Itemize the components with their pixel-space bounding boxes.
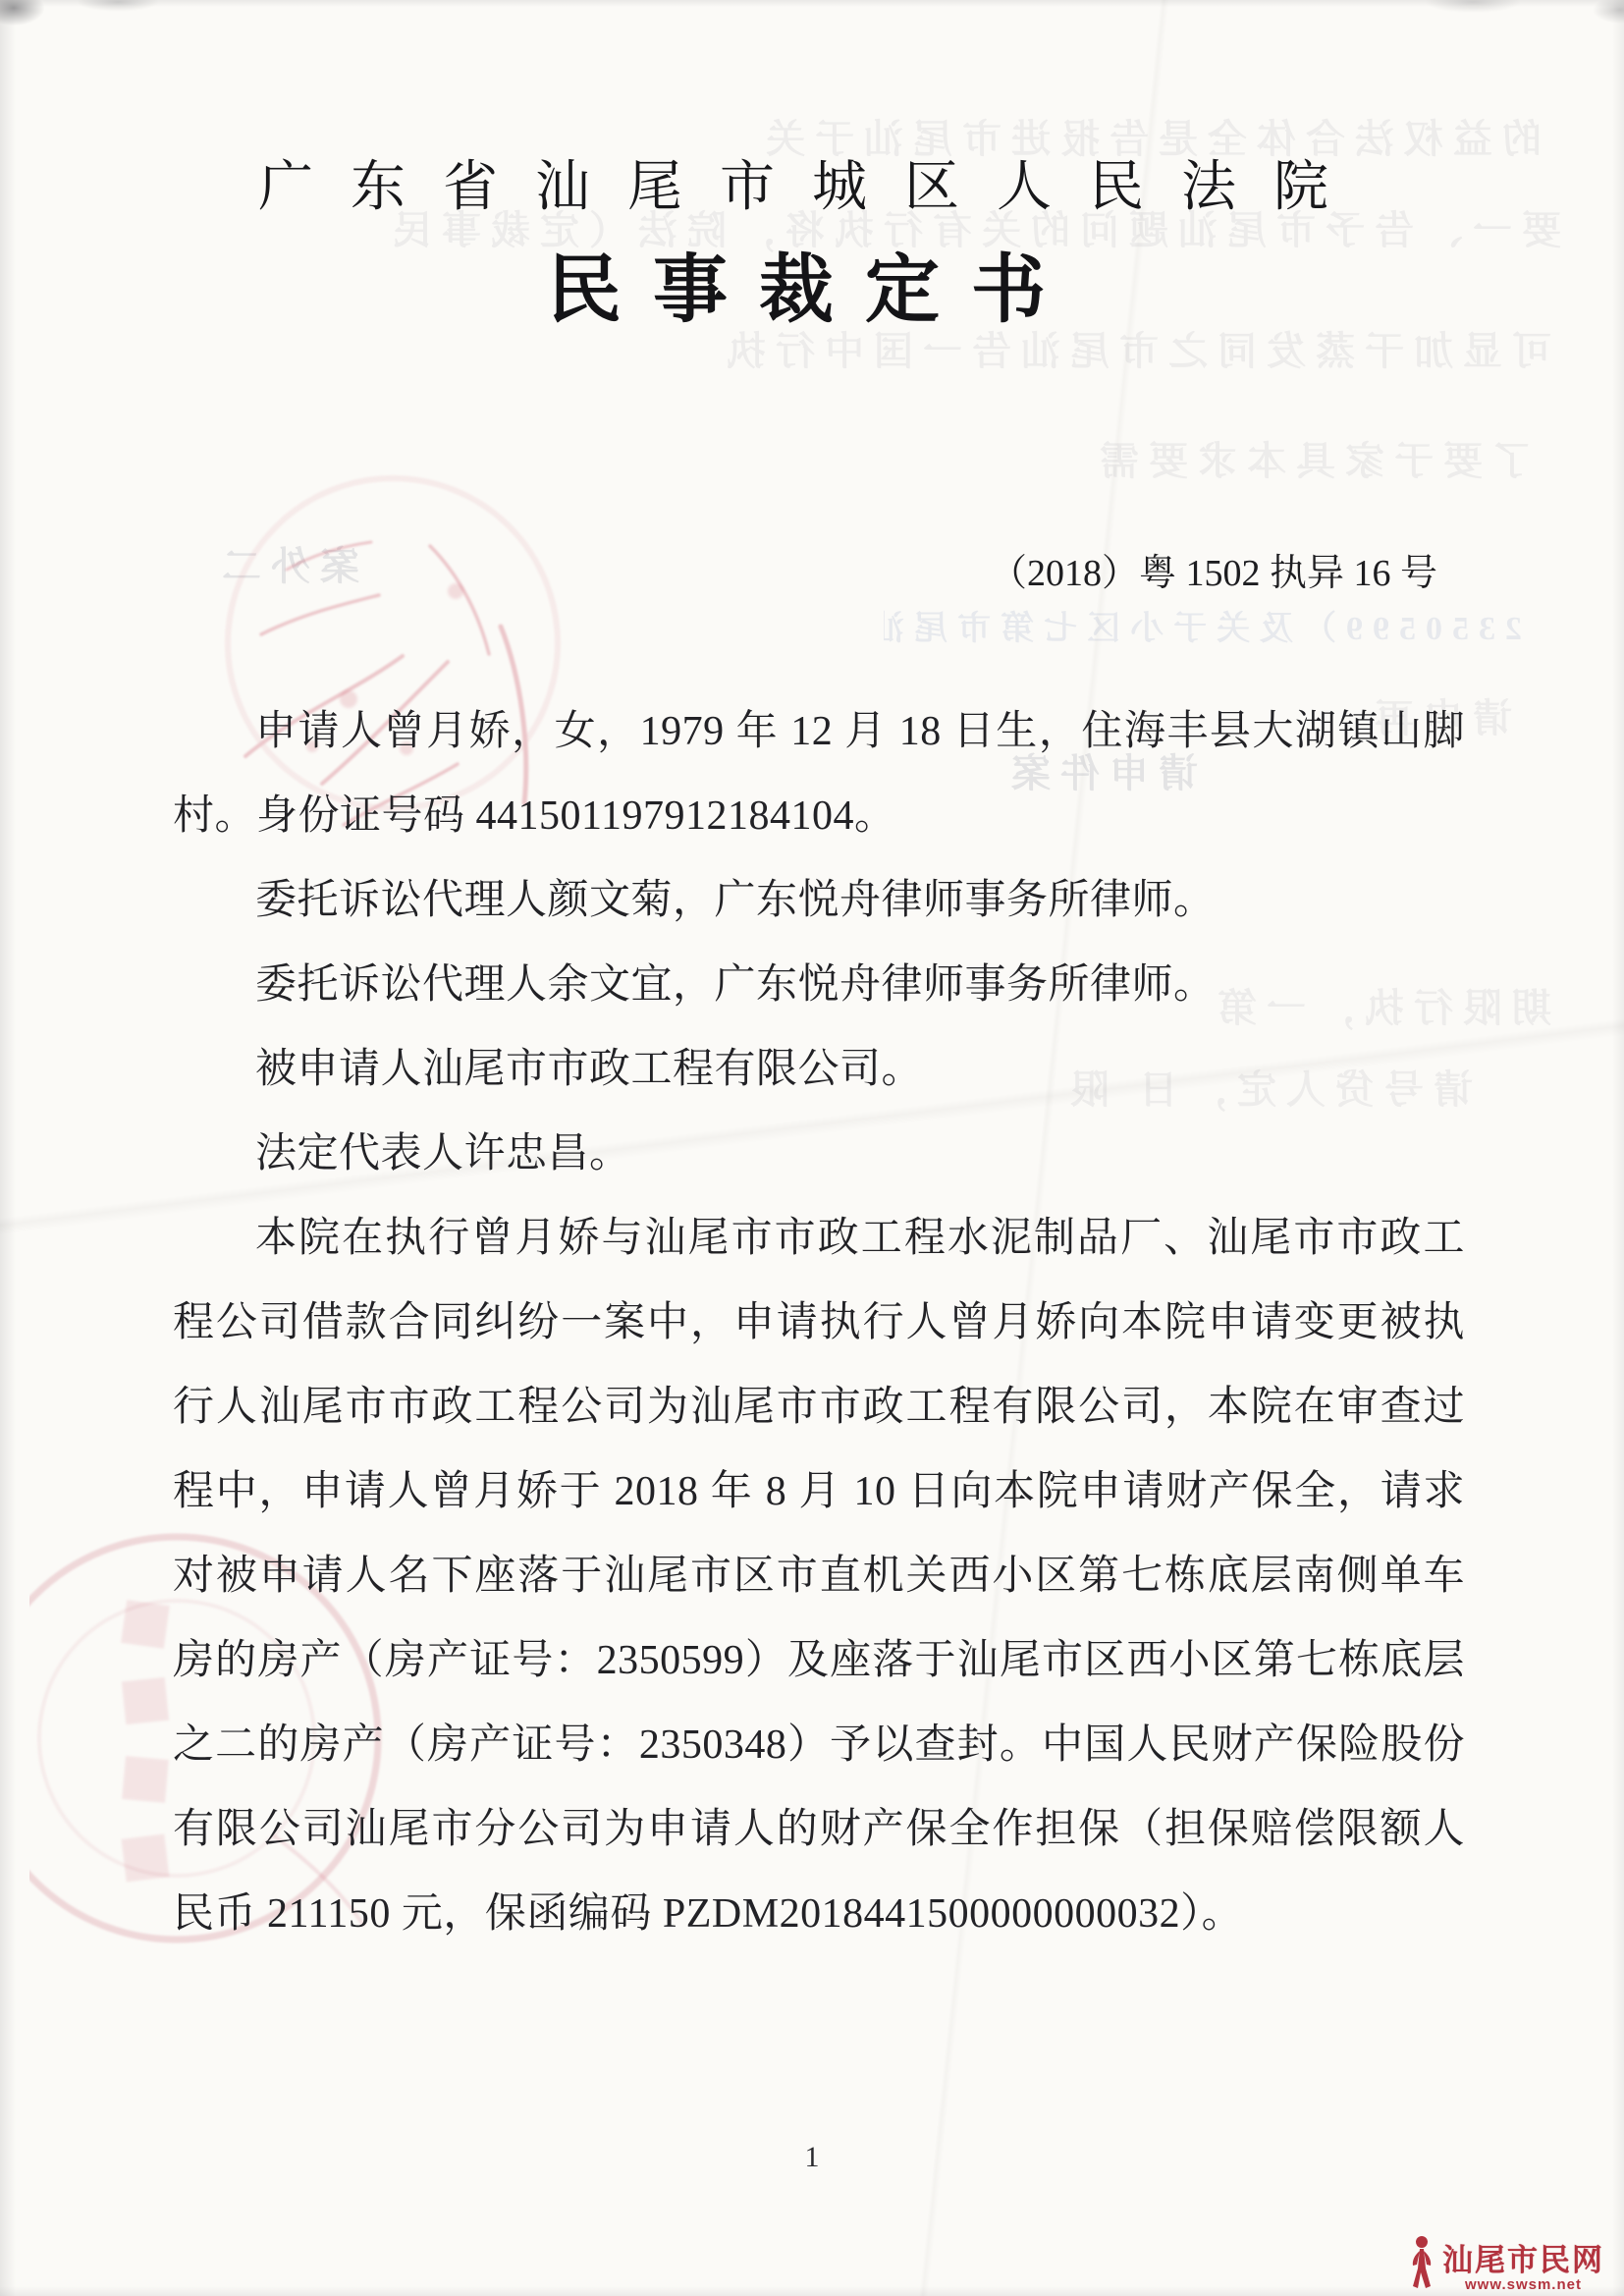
paragraph-agent-2: 委托诉讼代理人余文宜，广东悦舟律师事务所律师。 [173, 943, 1465, 1027]
site-watermark-text: 汕尾市民网 www.swsm.net [1442, 2245, 1604, 2292]
document-body: 申请人曾月娇，女，1979 年 12 月 18 日生，住海丰县大湖镇山脚村。身份… [173, 689, 1465, 1956]
document-type-title: 民事裁定书 [0, 230, 1624, 337]
paragraph-agent-1: 委托诉讼代理人颜文菊，广东悦舟律师事务所律师。 [173, 858, 1465, 943]
bleedthrough-text: 案外二 [65, 535, 359, 591]
site-name: 汕尾市民网 [1442, 2245, 1604, 2275]
paragraph-applicant: 申请人曾月娇，女，1979 年 12 月 18 日生，住海丰县大湖镇山脚村。身份… [173, 689, 1465, 858]
site-url: www.swsm.net [1465, 2277, 1582, 2292]
page-number: 1 [0, 2141, 1624, 2174]
paragraph-case-facts: 本院在执行曾月娇与汕尾市市政工程水泥制品厂、汕尾市市政工程公司借款合同纠纷一案中… [173, 1196, 1465, 1956]
document-page: 的益权法合体全是告报进市尾汕于关 要一、告予市尾汕题问的关有行执将，院法（定裁事… [0, 0, 1624, 2296]
site-watermark: 汕尾市民网 www.swsm.net [1407, 2235, 1604, 2292]
case-number: （2018）粤 1502 执异 16 号 [990, 542, 1437, 596]
bleedthrough-text: 2350599）及关于小区七第市尾汕 [884, 601, 1522, 649]
court-name-title: 广东省汕尾市城区人民法院 [0, 143, 1624, 222]
person-figure-icon [1407, 2235, 1436, 2292]
paragraph-legal-representative: 法定代表人许忠昌。 [173, 1112, 1465, 1196]
paragraph-respondent: 被申请人汕尾市市政工程有限公司。 [173, 1027, 1465, 1112]
bleedthrough-text: 了要于家具本求要需 [844, 430, 1532, 486]
